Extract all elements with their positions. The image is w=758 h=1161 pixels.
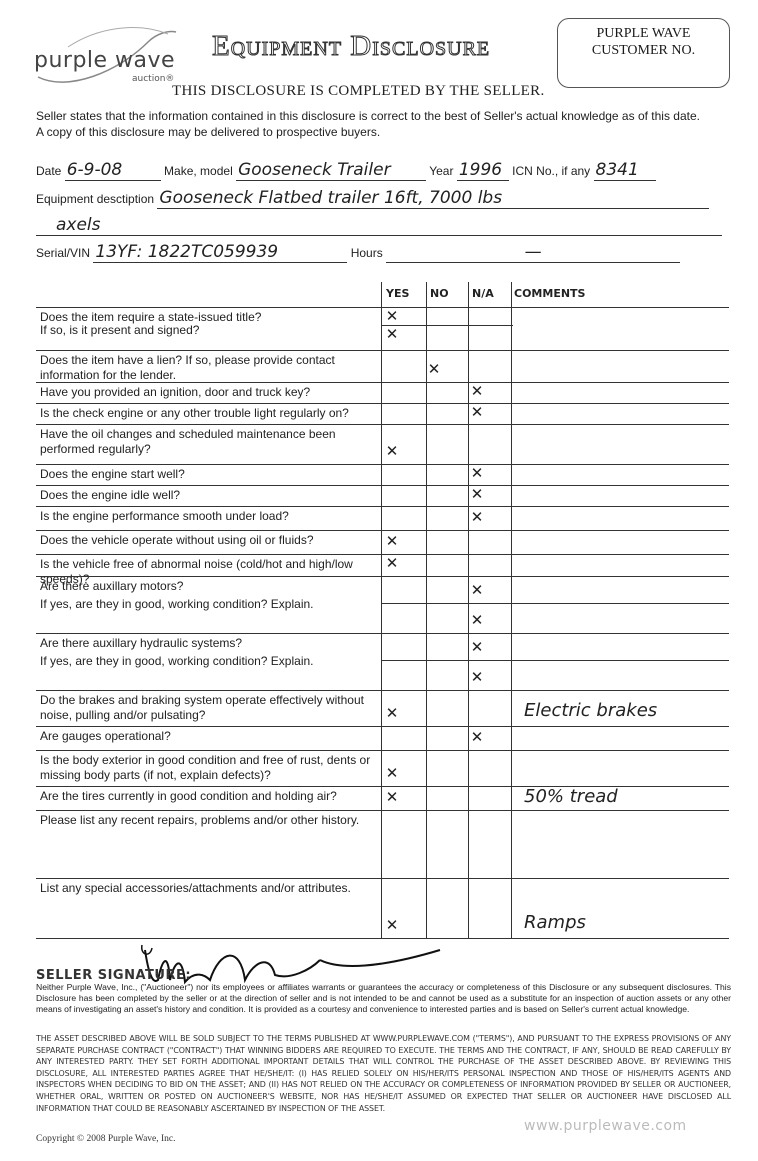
intro-line-1: Seller states that the information conta… xyxy=(36,108,736,124)
intro-line-2: A copy of this disclosure may be deliver… xyxy=(36,124,736,140)
table-bottom-border xyxy=(36,938,729,939)
question-text: Have the oil changes and scheduled maint… xyxy=(40,427,375,457)
table-row: Are the tires currently in good conditio… xyxy=(36,786,729,810)
date-field[interactable]: 6-9-08 xyxy=(65,160,161,181)
question-text: Do the brakes and braking system operate… xyxy=(40,693,375,723)
hours-field[interactable]: — xyxy=(386,242,680,263)
answer-mark-na[interactable]: ✕ xyxy=(467,581,487,599)
customer-number-box[interactable]: PURPLE WAVE CUSTOMER NO. xyxy=(557,18,730,88)
customer-box-label-2: CUSTOMER NO. xyxy=(558,42,729,59)
row-divider xyxy=(381,660,729,661)
table-row: Are gauges operational?✕ xyxy=(36,726,729,750)
fields-row-3: axels xyxy=(36,215,722,236)
row-divider xyxy=(381,603,729,604)
question-text: Is the engine performance smooth under l… xyxy=(40,509,375,524)
row-divider xyxy=(36,464,729,465)
page-title: Equipment Disclosure xyxy=(212,30,490,63)
seller-signature-label: SELLER SIGNATURE: xyxy=(36,968,191,983)
comment-text[interactable]: Ramps xyxy=(524,912,586,933)
disclosure-table: YESNON/ACOMMENTSDoes the item require a … xyxy=(36,282,729,942)
logo-text: purple wave xyxy=(34,48,175,73)
row-divider xyxy=(36,786,729,787)
answer-mark-na[interactable]: ✕ xyxy=(467,382,487,400)
answer-mark-yes[interactable]: ✕ xyxy=(382,325,402,343)
question-text: If so, is it present and signed? xyxy=(40,323,375,338)
answer-mark-yes[interactable]: ✕ xyxy=(382,442,402,460)
table-row: Have you provided an ignition, door and … xyxy=(36,382,729,403)
question-text: Is the body exterior in good condition a… xyxy=(40,753,375,783)
page-subtitle: THIS DISCLOSURE IS COMPLETED BY THE SELL… xyxy=(172,83,545,100)
question-text: Are gauges operational? xyxy=(40,729,375,744)
serial-label: Serial/VIN xyxy=(36,246,90,260)
row-divider xyxy=(36,382,729,383)
row-divider xyxy=(36,690,729,691)
row-divider xyxy=(36,750,729,751)
answer-mark-yes[interactable]: ✕ xyxy=(382,307,402,325)
copyright-text: Copyright © 2008 Purple Wave, Inc. xyxy=(36,1134,176,1144)
fields-row-4: Serial/VIN 13YF: 1822TC059939 Hours — xyxy=(36,242,680,263)
table-row: Is the vehicle free of abnormal noise (c… xyxy=(36,554,729,576)
column-header-comments: COMMENTS xyxy=(514,287,585,300)
row-divider xyxy=(36,403,729,404)
row-divider xyxy=(36,576,729,577)
answer-mark-yes[interactable]: ✕ xyxy=(382,788,402,806)
row-divider xyxy=(36,424,729,425)
website-watermark: www.purplewave.com xyxy=(524,1118,687,1134)
comment-text[interactable]: Electric brakes xyxy=(524,700,657,721)
question-text: Have you provided an ignition, door and … xyxy=(40,385,375,400)
icn-field[interactable]: 8341 xyxy=(594,160,656,181)
table-row: Does the engine start well?✕ xyxy=(36,464,729,485)
comment-text[interactable]: 50% tread xyxy=(524,786,618,807)
make-label: Make, model xyxy=(164,164,233,178)
question-text: Does the item have a lien? If so, please… xyxy=(40,353,375,383)
table-row: Is the body exterior in good condition a… xyxy=(36,750,729,786)
column-header-yes: YES xyxy=(386,287,409,300)
make-model-field[interactable]: Gooseneck Trailer xyxy=(236,160,426,181)
table-row: Does the item have a lien? If so, please… xyxy=(36,350,729,382)
description-field[interactable]: Gooseneck Flatbed trailer 16ft, 7000 lbs xyxy=(157,188,709,209)
table-row: Is the engine performance smooth under l… xyxy=(36,506,729,530)
column-header-na: N/A xyxy=(472,287,494,300)
answer-mark-na[interactable]: ✕ xyxy=(467,611,487,629)
column-header-no: NO xyxy=(430,287,449,300)
answer-mark-yes[interactable]: ✕ xyxy=(382,764,402,782)
answer-mark-yes[interactable]: ✕ xyxy=(382,532,402,550)
table-row: Have the oil changes and scheduled maint… xyxy=(36,424,729,464)
terms-text: THE ASSET DESCRIBED ABOVE WILL BE SOLD S… xyxy=(36,1033,731,1114)
logo-subtext: auction® xyxy=(132,74,174,84)
question-text: List any special accessories/attachments… xyxy=(40,881,375,896)
question-text: Is the check engine or any other trouble… xyxy=(40,406,375,421)
answer-mark-na[interactable]: ✕ xyxy=(467,728,487,746)
row-divider xyxy=(36,810,729,811)
serial-vin-field[interactable]: 13YF: 1822TC059939 xyxy=(93,242,347,263)
row-divider xyxy=(36,350,729,351)
answer-mark-yes[interactable]: ✕ xyxy=(382,704,402,722)
question-text: Are the tires currently in good conditio… xyxy=(40,789,375,804)
date-label: Date xyxy=(36,164,61,178)
table-row: Is the check engine or any other trouble… xyxy=(36,403,729,424)
description-label: Equipment desctiption xyxy=(36,192,154,206)
table-row: If so, is it present and signed?✕ xyxy=(36,325,729,347)
question-text: Does the vehicle operate without using o… xyxy=(40,533,375,548)
question-text: If yes, are they in good, working condit… xyxy=(40,597,375,612)
row-divider xyxy=(36,485,729,486)
hours-label: Hours xyxy=(351,246,383,260)
row-divider xyxy=(36,530,729,531)
question-text: Does the engine idle well? xyxy=(40,488,375,503)
year-field[interactable]: 1996 xyxy=(457,160,509,181)
table-row: List any special accessories/attachments… xyxy=(36,878,729,938)
table-row: Please list any recent repairs, problems… xyxy=(36,810,729,878)
fields-row-2: Equipment desctiption Gooseneck Flatbed … xyxy=(36,188,709,209)
row-divider xyxy=(36,633,729,634)
table-row: Does the vehicle operate without using o… xyxy=(36,530,729,554)
icn-label: ICN No., if any xyxy=(512,164,590,178)
question-text: If yes, are they in good, working condit… xyxy=(40,654,375,669)
table-row: Do the brakes and braking system operate… xyxy=(36,690,729,726)
description-field-continued[interactable]: axels xyxy=(36,215,722,236)
question-text: Does the engine start well? xyxy=(40,467,375,482)
answer-mark-no[interactable]: ✕ xyxy=(424,360,444,378)
fields-row-1: Date 6-9-08 Make, model Gooseneck Traile… xyxy=(36,160,656,181)
answer-mark-na[interactable]: ✕ xyxy=(467,485,487,503)
question-text: Are there auxillary motors? xyxy=(40,579,375,594)
question-text: Please list any recent repairs, problems… xyxy=(40,813,375,828)
row-divider xyxy=(36,726,729,727)
answer-mark-na[interactable]: ✕ xyxy=(467,668,487,686)
year-label: Year xyxy=(429,164,453,178)
answer-mark-na[interactable]: ✕ xyxy=(467,403,487,421)
row-divider xyxy=(36,878,729,879)
table-row: Does the engine idle well?✕ xyxy=(36,485,729,506)
answer-mark-yes[interactable]: ✕ xyxy=(382,554,402,572)
disclaimer-text: Neither Purple Wave, Inc., ("Auctioneer"… xyxy=(36,982,731,1015)
answer-mark-na[interactable]: ✕ xyxy=(467,464,487,482)
answer-mark-yes[interactable]: ✕ xyxy=(382,916,402,934)
intro-statement: Seller states that the information conta… xyxy=(36,108,736,140)
answer-mark-na[interactable]: ✕ xyxy=(467,638,487,656)
question-text: Are there auxillary hydraulic systems? xyxy=(40,636,375,651)
table-row: If yes, are they in good, working condit… xyxy=(36,603,729,633)
customer-box-label-1: PURPLE WAVE xyxy=(558,25,729,42)
answer-mark-na[interactable]: ✕ xyxy=(467,508,487,526)
row-divider xyxy=(36,506,729,507)
table-row: If yes, are they in good, working condit… xyxy=(36,660,729,690)
